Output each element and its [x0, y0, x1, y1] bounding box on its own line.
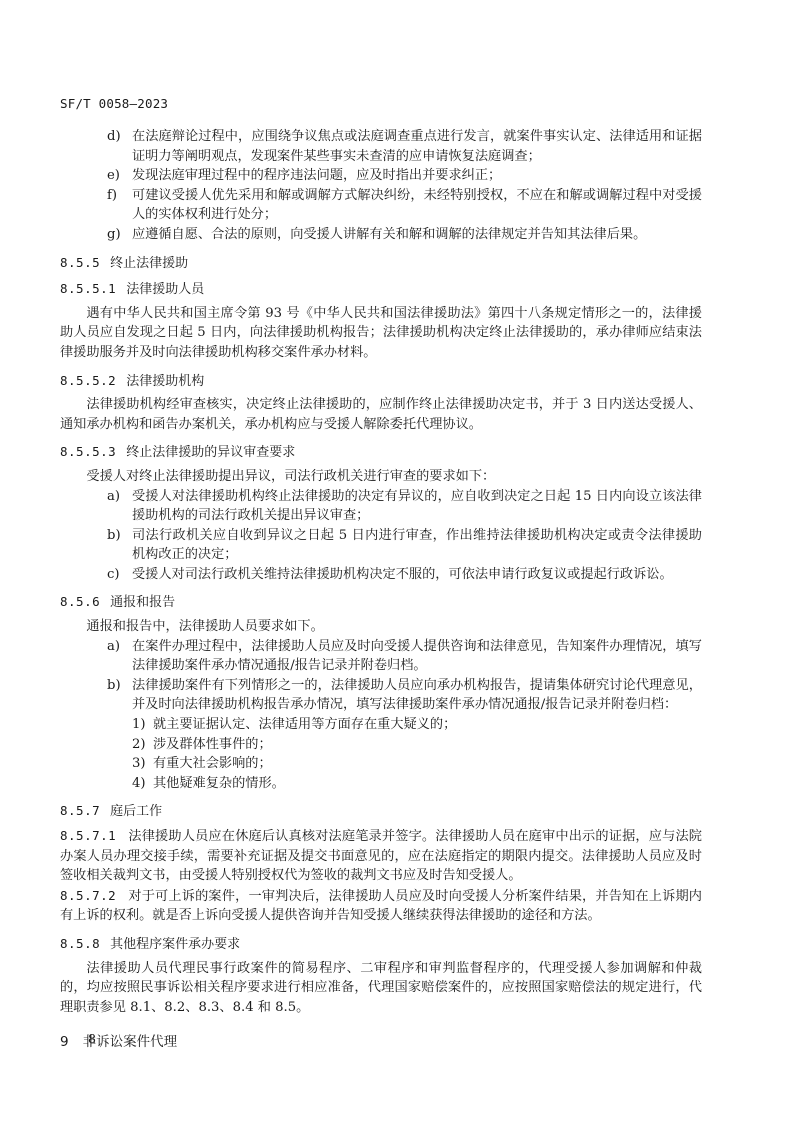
section-heading-8-5-6: 8.5.6通报和报告	[60, 592, 702, 613]
list-item-text: 受援人对司法行政机关维持法律援助机构决定不服的，可依法申请行政复议或提起行政诉讼…	[132, 567, 673, 582]
list-item-text: 有重大社会影响的；	[153, 756, 272, 771]
list-item-text: 在法庭辩论过程中，应围绕争议焦点或法庭调查重点进行发言，就案件事实认定、法律适用…	[132, 129, 702, 164]
list-marker: e)	[107, 166, 120, 186]
list-marker: a)	[107, 637, 120, 657]
section-heading-8-5-8: 8.5.8其他程序案件承办要求	[60, 934, 702, 955]
list-item-b: b)司法行政机关应自收到异议之日起 5 日内进行审查，作出维持法律援助机构决定或…	[75, 526, 702, 565]
list-item-g: g)应遵循自愿、合法的原则，向受援人讲解有关和解和调解的法律规定并告知其法律后果…	[75, 225, 702, 245]
list-item-text: 发现法庭审理过程中的程序违法问题，应及时指出并要求纠正；	[132, 168, 501, 183]
sub-list-item-3: 3)有重大社会影响的；	[75, 754, 702, 774]
page-number: 8	[88, 1031, 96, 1046]
list-item-text: 应遵循自愿、合法的原则，向受援人讲解有关和解和调解的法律规定并告知其法律后果。	[132, 227, 646, 242]
list-marker: c)	[107, 565, 120, 585]
list-item-text: 其他疑难复杂的情形。	[153, 776, 285, 791]
section-title: 其他程序案件承办要求	[110, 937, 240, 952]
chapter-heading-9: 9非诉讼案件代理	[60, 1033, 702, 1053]
section-heading-8-5-5-1: 8.5.5.1法律援助人员	[60, 279, 702, 300]
list-item-text: 就主要证据认定、法律适用等方面存在重大疑义的；	[153, 717, 456, 732]
list-item-text: 受援人对法律援助机构终止法律援助的决定有异议的，应自收到决定之日起 15 日内向…	[132, 489, 702, 524]
list-item-text: 涉及群体性事件的；	[153, 737, 272, 752]
list-marker: f)	[107, 186, 117, 206]
page-content: d)在法庭辩论过程中，应围绕争议焦点或法庭调查重点进行发言，就案件事实认定、法律…	[75, 127, 702, 1053]
section-number: 8.5.8	[60, 936, 100, 951]
list-marker: 4)	[132, 774, 146, 794]
section-title: 终止法律援助的异议审查要求	[126, 445, 295, 460]
section-title: 法律援助机构	[126, 374, 204, 389]
section-number: 8.5.5.3	[60, 444, 116, 459]
list-marker: b)	[107, 676, 121, 696]
section-number: 8.5.7.2	[60, 888, 116, 903]
list-marker: g)	[107, 225, 121, 245]
paragraph-8-5-8: 法律援助人员代理民事行政案件的简易程序、二审程序和审判监督程序的，代理受援人参加…	[60, 959, 702, 1018]
section-number: 8.5.5	[60, 255, 100, 270]
section-number: 8.5.5.1	[60, 281, 116, 296]
list-item-b: b)法律援助案件有下列情形之一的，法律援助人员应向承办机构报告，提请集体研究讨论…	[75, 676, 702, 715]
section-heading-8-5-5-2: 8.5.5.2法律援助机构	[60, 371, 702, 392]
paragraph-8-5-7-2: 8.5.7.2对于可上诉的案件，一审判决后，法律援助人员应及时向受援人分析案件结…	[60, 886, 702, 926]
section-number: 8.5.7.1	[60, 828, 116, 843]
list-item-f: f)可建议受援人优先采用和解或调解方式解决纠纷，未经特别授权，不应在和解或调解过…	[75, 186, 702, 225]
paragraph-8-5-6-intro: 通报和报告中，法律援助人员要求如下。	[60, 617, 702, 637]
section-heading-8-5-5-3: 8.5.5.3终止法律援助的异议审查要求	[60, 442, 702, 463]
section-title: 庭后工作	[110, 804, 162, 819]
list-item-e: e)发现法庭审理过程中的程序违法问题，应及时指出并要求纠正；	[75, 166, 702, 186]
list-marker: b)	[107, 526, 121, 546]
paragraph-8-5-5-2: 法律援助机构经审查核实，决定终止法律援助的，应制作终止法律援助决定书，并于 3 …	[60, 395, 702, 434]
list-item-text: 法律援助案件有下列情形之一的，法律援助人员应向承办机构报告，提请集体研究讨论代理…	[132, 678, 702, 713]
section-number: 8.5.7	[60, 803, 100, 818]
list-marker: 3)	[132, 754, 146, 774]
chapter-number: 9	[60, 1034, 69, 1050]
section-heading-8-5-5: 8.5.5终止法律援助	[60, 253, 702, 274]
section-title: 终止法律援助	[110, 256, 188, 271]
list-marker: 1)	[132, 715, 146, 735]
section-title: 法律援助人员	[126, 282, 204, 297]
section-title: 通报和报告	[110, 595, 175, 610]
list-item-text: 在案件办理过程中，法律援助人员应及时向受援人提供咨询和法律意见，告知案件办理情况…	[132, 639, 702, 674]
list-item-c: c)受援人对司法行政机关维持法律援助机构决定不服的，可依法申请行政复议或提起行政…	[75, 565, 702, 585]
section-number: 8.5.6	[60, 594, 100, 609]
paragraph-8-5-5-1: 遇有中华人民共和国主席令第 93 号《中华人民共和国法律援助法》第四十八条规定情…	[60, 304, 702, 363]
list-marker: 2)	[132, 735, 146, 755]
list-item-text: 司法行政机关应自收到异议之日起 5 日内进行审查，作出维持法律援助机构决定或责令…	[132, 528, 702, 563]
paragraph-8-5-7-1: 8.5.7.1法律援助人员应在休庭后认真核对法庭笔录并签字。法律援助人员在庭审中…	[60, 826, 702, 886]
sub-list-item-2: 2)涉及群体性事件的；	[75, 735, 702, 755]
paragraph-text: 法律援助人员应在休庭后认真核对法庭笔录并签字。法律援助人员在庭审中出示的证据，应…	[60, 829, 702, 883]
document-id-header: SF/T 0058—2023	[60, 96, 168, 111]
paragraph-8-5-5-3-intro: 受援人对终止法律援助提出异议，司法行政机关进行审查的要求如下：	[60, 467, 702, 487]
document-page: SF/T 0058—2023 d)在法庭辩论过程中，应围绕争议焦点或法庭调查重点…	[0, 0, 794, 1122]
sub-list-item-1: 1)就主要证据认定、法律适用等方面存在重大疑义的；	[75, 715, 702, 735]
chapter-title: 非诉讼案件代理	[83, 1034, 178, 1050]
list-item-a: a)受援人对法律援助机构终止法律援助的决定有异议的，应自收到决定之日起 15 日…	[75, 487, 702, 526]
paragraph-text: 对于可上诉的案件，一审判决后，法律援助人员应及时向受援人分析案件结果，并告知在上…	[60, 889, 702, 924]
list-marker: d)	[107, 127, 121, 147]
list-item-text: 可建议受援人优先采用和解或调解方式解决纠纷，未经特别授权，不应在和解或调解过程中…	[132, 188, 702, 223]
list-item-d: d)在法庭辩论过程中，应围绕争议焦点或法庭调查重点进行发言，就案件事实认定、法律…	[75, 127, 702, 166]
sub-list-item-4: 4)其他疑难复杂的情形。	[75, 774, 702, 794]
list-item-a: a)在案件办理过程中，法律援助人员应及时向受援人提供咨询和法律意见，告知案件办理…	[75, 637, 702, 676]
section-heading-8-5-7: 8.5.7庭后工作	[60, 801, 702, 822]
list-marker: a)	[107, 487, 120, 507]
section-number: 8.5.5.2	[60, 373, 116, 388]
